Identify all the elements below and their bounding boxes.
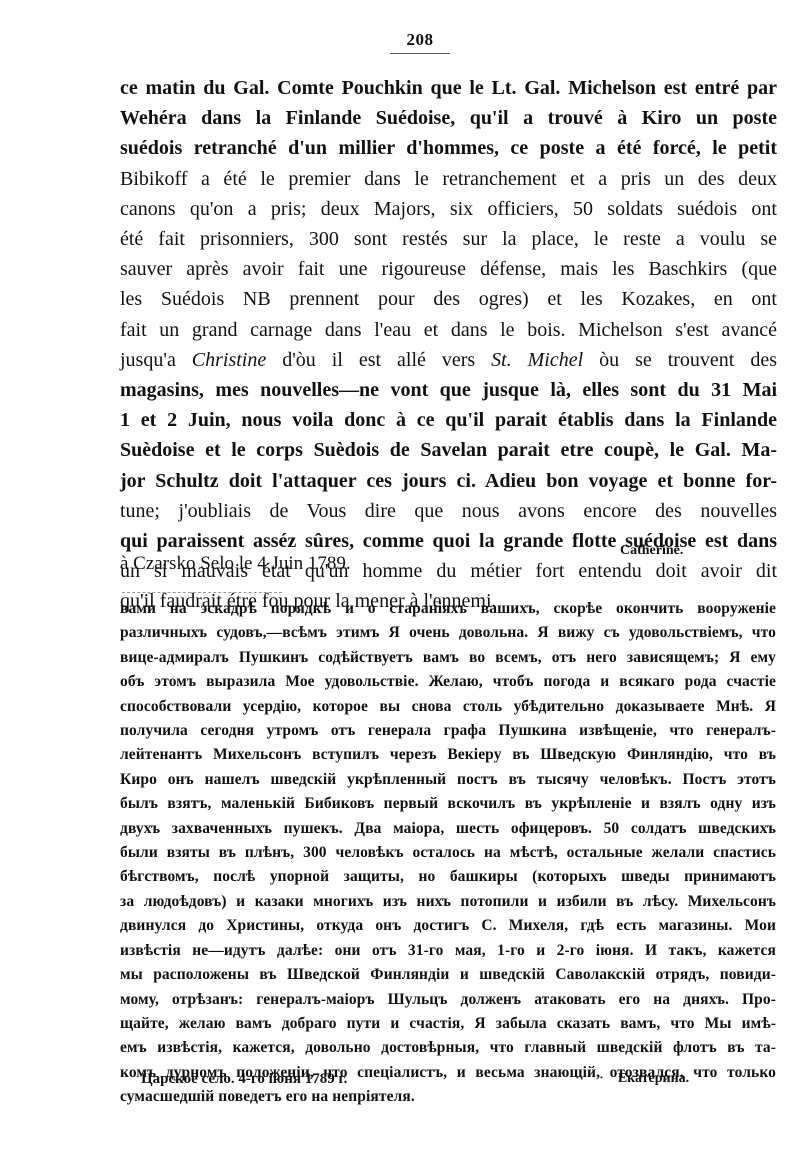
text-line: Киро онъ нашелъ шведскій укрѣпленный пос… — [120, 768, 776, 792]
page-number-rule — [390, 53, 450, 54]
signature-dots: · · — [575, 1071, 612, 1086]
text-fragment: d'òu il est allé vers — [266, 349, 491, 371]
text-line: сумасшедшій поведетъ его на непріятеля. — [120, 1085, 776, 1109]
signature-name: Екатерина. — [618, 1071, 689, 1086]
text-line: за людоѣдовъ) и казаки многихъ изъ нихъ … — [120, 890, 776, 914]
page-number: 208 — [398, 30, 442, 50]
text-line: способствовали усердію, которое вы снова… — [120, 695, 776, 719]
text-fragment: jusqu'a — [120, 349, 192, 371]
text-line: Wehéra dans la Finlande Suédoise, qu'il … — [120, 103, 777, 133]
russian-signature: · ·Екатерина. — [575, 1071, 689, 1087]
text-line: двинулся до Христины, откуда онъ достигъ… — [120, 914, 776, 938]
text-line: лейтенантъ Михельсонъ вступилъ черезъ Ве… — [120, 743, 776, 767]
place-name-christine: Christine — [192, 349, 266, 371]
text-line: sauver après avoir fait une rigoureuse d… — [120, 254, 777, 284]
text-line: бѣгствомъ, послѣ упорной защиты, но башк… — [120, 865, 776, 889]
text-line: мому, отрѣзанъ: генералъ-маіоръ Шульцъ д… — [120, 988, 776, 1012]
french-signature: Catherine. — [620, 543, 683, 559]
text-line: различныхъ судовъ,—всѣмъ этимъ Я очень д… — [120, 621, 776, 645]
text-line: fait un grand carnage dans l'eau et dans… — [120, 315, 777, 345]
french-letter-body: ce matin du Gal. Comte Pouchkin que le L… — [120, 73, 777, 617]
section-separator — [122, 592, 282, 593]
book-page: 208 ce matin du Gal. Comte Pouchkin que … — [0, 0, 792, 1176]
text-line: canons qu'on a pris; deux Majors, six of… — [120, 194, 777, 224]
text-line: былъ взятъ, маленькій Бибиковъ первый вс… — [120, 792, 776, 816]
text-line: были взяты въ плѣнъ, 300 человѣкъ остало… — [120, 841, 776, 865]
text-line-with-italics: jusqu'a Christine d'òu il est allé vers … — [120, 345, 777, 375]
text-line: мы расположены въ Шведской Финляндіи и ш… — [120, 963, 776, 987]
russian-place-date: Царское село. 4-го іюня 1789 г. — [141, 1071, 347, 1088]
text-line: les Suédois NB prennent pour des ogres) … — [120, 284, 777, 314]
text-line: вице-адмиралъ Пушкинъ содѣйствуетъ вамъ … — [120, 646, 776, 670]
text-line: ce matin du Gal. Comte Pouchkin que le L… — [120, 73, 777, 103]
text-line: magasins, mes nouvelles—ne vont que jusq… — [120, 375, 777, 405]
text-line: вами на эскадрѣ порядкѣ и о стараніяхъ в… — [120, 597, 776, 621]
place-name-st-michel: St. Michel — [491, 349, 583, 371]
text-line: объ этомъ выразила Мое удовольствіе. Жел… — [120, 670, 776, 694]
text-line: tune; j'oubliais de Vous dire que nous a… — [120, 496, 777, 526]
text-line: щайте, желаю вамъ добраго пути и счастія… — [120, 1012, 776, 1036]
text-line: 1 et 2 Juin, nous voila donc à ce qu'il … — [120, 405, 777, 435]
french-place-date: à Czarsko Selo le 4 Juin 1789. — [120, 553, 351, 575]
russian-translation-body: вами на эскадрѣ порядкѣ и о стараніяхъ в… — [120, 597, 776, 1110]
text-line: Bibikoff a été le premier dans le retran… — [120, 164, 777, 194]
text-line: jor Schultz doit l'attaquer ces jours ci… — [120, 466, 777, 496]
text-line: suédois retranché d'un millier d'hommes,… — [120, 133, 777, 163]
text-line: извѣстія не—идутъ далѣе: они отъ 31-го м… — [120, 939, 776, 963]
text-line: двухъ захваченныхъ пушекъ. Два маіора, ш… — [120, 817, 776, 841]
text-line: емъ извѣстія, кажется, довольно достовѣр… — [120, 1036, 776, 1060]
text-fragment: òu se trouvent des — [583, 349, 777, 371]
text-line: получила сегодня утромъ отъ генерала гра… — [120, 719, 776, 743]
text-line: été fait prisonniers, 300 sont restés su… — [120, 224, 777, 254]
text-line: Suèdoise et le corps Suèdois de Savelan … — [120, 435, 777, 465]
